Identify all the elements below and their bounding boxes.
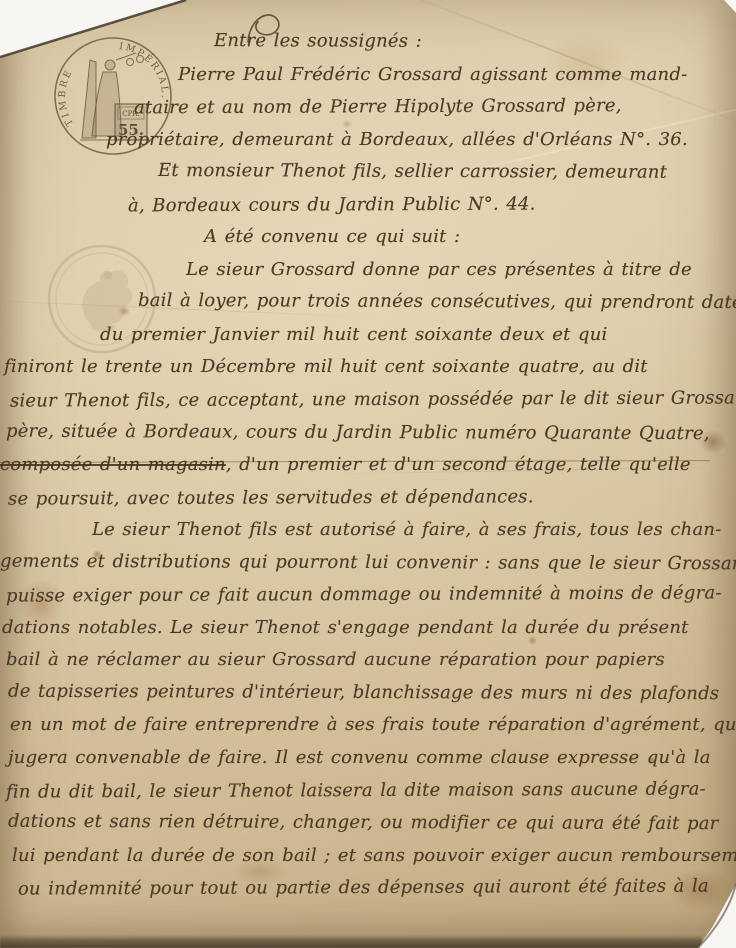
line-text: Le sieur Thenot fils est autorisé à fair… bbox=[92, 519, 722, 540]
line-text: ataire et au nom de Pierre Hipolyte Gros… bbox=[134, 95, 622, 118]
handwritten-line: propriétaire, demeurant à Bordeaux, allé… bbox=[106, 124, 736, 157]
handwritten-line: sieur Thenot fils, ce acceptant, une mai… bbox=[10, 382, 736, 418]
handwritten-line: gements et distributions qui pourront lu… bbox=[0, 545, 736, 580]
handwritten-line: fin du dit bail, le sieur Thenot laisser… bbox=[6, 773, 736, 809]
handwritten-line: Le sieur Thenot fils est autorisé à fair… bbox=[92, 514, 736, 547]
line-text: père, située à Bordeaux, cours du Jardin… bbox=[6, 420, 710, 443]
handwritten-line: A été convenu ce qui suit : bbox=[204, 221, 736, 254]
handwritten-line: dations et sans rien détruire, changer, … bbox=[8, 806, 736, 841]
handwritten-line: bail à loyer, pour trois années consécut… bbox=[138, 285, 736, 320]
line-text: Et monsieur Thenot fils, sellier carross… bbox=[158, 160, 667, 183]
line-text: gements et distributions qui pourront lu… bbox=[0, 550, 736, 574]
line-text: de tapisseries peintures d'intérieur, bl… bbox=[8, 681, 719, 704]
line-text: puisse exiger pour ce fait aucun dommage… bbox=[6, 583, 722, 607]
handwritten-line: jugera convenable de faire. Il est conve… bbox=[8, 742, 736, 775]
line-text: sieur Thenot fils, ce acceptant, une mai… bbox=[10, 387, 736, 411]
handwritten-line: bail à ne réclamer au sieur Grossard auc… bbox=[6, 644, 736, 677]
handwritten-line: à, Bordeaux cours du Jardin Public N°. 4… bbox=[128, 187, 736, 222]
handwritten-line: père, située à Bordeaux, cours du Jardin… bbox=[6, 415, 736, 450]
line-text: finiront le trente un Décembre mil huit … bbox=[4, 356, 648, 377]
line-text: à, Bordeaux cours du Jardin Public N°. 4… bbox=[128, 193, 536, 216]
handwritten-line: Entre les soussignés : bbox=[214, 25, 736, 59]
handwritten-line: se poursuit, avec toutes les servitudes … bbox=[8, 480, 736, 516]
line-text: lui pendant la durée de son bail ; et sa… bbox=[12, 845, 736, 866]
paper-sheet: TIMBRE IMPÉRIAL. CPR. 55. bbox=[0, 0, 736, 948]
handwritten-line: ou indemnité pour tout ou partie des dép… bbox=[18, 871, 736, 907]
line-text: en un mot de faire entreprendre à ses fr… bbox=[10, 714, 736, 735]
line-text: dations notables. Le sieur Thenot s'enga… bbox=[2, 617, 689, 638]
line-text: A été convenu ce qui suit : bbox=[204, 226, 460, 247]
line-text: du premier Janvier mil huit cent soixant… bbox=[100, 324, 607, 345]
handwriting: Entre les soussignés :Pierre Paul Frédér… bbox=[0, 26, 736, 905]
line-text: bail à ne réclamer au sieur Grossard auc… bbox=[6, 649, 665, 670]
handwritten-line: ataire et au nom de Pierre Hipolyte Gros… bbox=[134, 90, 736, 125]
handwritten-line: Le sieur Grossard donne par ces présente… bbox=[186, 254, 736, 287]
line-text: Le sieur Grossard donne par ces présente… bbox=[186, 259, 692, 280]
line-text: jugera convenable de faire. Il est conve… bbox=[8, 747, 711, 768]
line-text: fin du dit bail, le sieur Thenot laisser… bbox=[6, 778, 706, 802]
handwritten-line: Pierre Paul Frédéric Grossard agissant c… bbox=[178, 59, 736, 92]
strikethrough-text: composée d'un magasin bbox=[0, 454, 226, 475]
handwritten-line: de tapisseries peintures d'intérieur, bl… bbox=[8, 676, 736, 711]
line-text: Entre les soussignés : bbox=[214, 30, 422, 52]
handwritten-line: Et monsieur Thenot fils, sellier carross… bbox=[158, 155, 736, 190]
line-text: ou indemnité pour tout ou partie des dép… bbox=[18, 876, 709, 900]
handwritten-line: finiront le trente un Décembre mil huit … bbox=[4, 351, 736, 384]
handwritten-line: puisse exiger pour ce fait aucun dommage… bbox=[6, 578, 736, 614]
line-text: bail à loyer, pour trois années consécut… bbox=[138, 290, 736, 313]
handwritten-line: en un mot de faire entreprendre à ses fr… bbox=[10, 709, 736, 742]
line-text: dations et sans rien détruire, changer, … bbox=[8, 811, 719, 834]
handwritten-line: composée d'un magasin, d'un premier et d… bbox=[0, 449, 736, 482]
line-text: , d'un premier et d'un second étage, tel… bbox=[226, 454, 691, 475]
handwritten-line: lui pendant la durée de son bail ; et sa… bbox=[12, 840, 736, 873]
handwritten-line: du premier Janvier mil huit cent soixant… bbox=[100, 319, 736, 352]
handwritten-line: dations notables. Le sieur Thenot s'enga… bbox=[2, 612, 736, 645]
line-text: propriétaire, demeurant à Bordeaux, allé… bbox=[106, 129, 688, 150]
paper-edge-shadow bbox=[0, 935, 702, 948]
line-text: Pierre Paul Frédéric Grossard agissant c… bbox=[178, 64, 687, 85]
line-text: se poursuit, avec toutes les servitudes … bbox=[8, 486, 534, 509]
scanned-document: TIMBRE IMPÉRIAL. CPR. 55. bbox=[0, 0, 736, 948]
